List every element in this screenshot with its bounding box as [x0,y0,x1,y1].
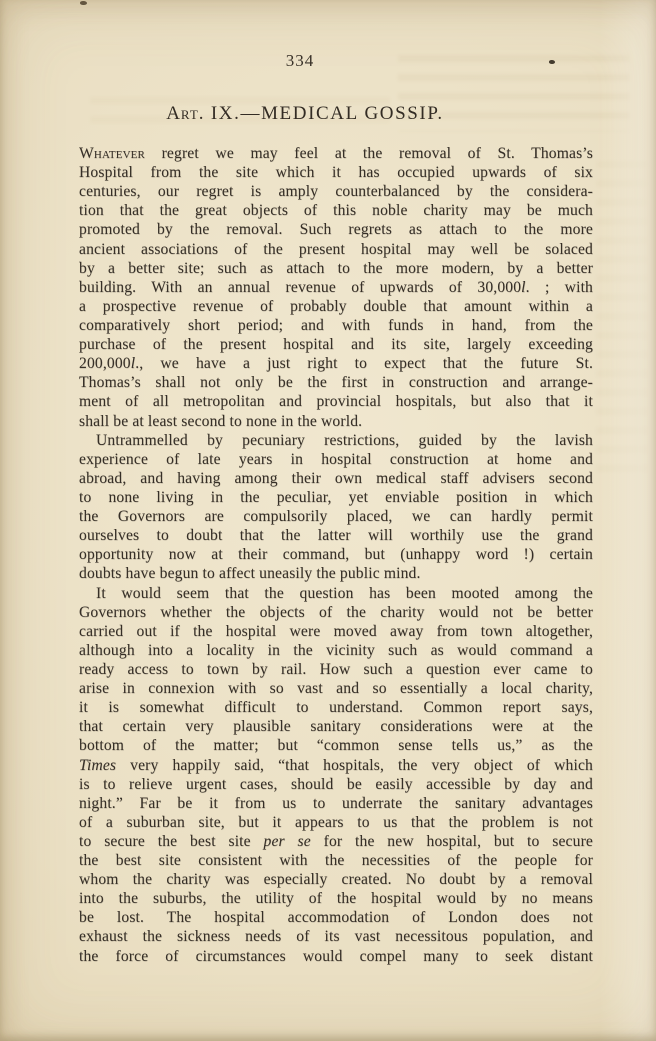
text-run: carried out if the hospital were moved a… [79,623,593,640]
text-line: the Governors are compulsorily placed, w… [79,507,593,526]
text-line: the best site consistent with the necess… [79,851,593,870]
text-line: abroad, and having among their own medic… [79,469,593,488]
text-run: exhaust the sickness needs of its vast n… [79,928,593,945]
text-run: ment of all metropolitan and provincial … [79,393,593,410]
text-run: the force of circumstances would compel … [79,948,593,965]
smallcaps-run: Whatever [79,145,145,162]
text-line: experience of late years in hospital con… [79,450,593,469]
text-run: ancient associations of the present hosp… [79,241,593,258]
text-line: It would seem that the question has been… [79,584,593,603]
text-line: although into a locality in the vicinity… [79,641,593,660]
page-showthrough [596,150,648,480]
text-run: night.” Far be it from us to underrate t… [79,795,593,812]
text-line: tion that the great objects of this nobl… [79,201,593,220]
text-line: promoted by the removal. Such regrets as… [79,220,593,239]
text-run: the Governors are compulsorily placed, w… [79,508,593,525]
text-line: be lost. The hospital accommodation of L… [79,908,593,927]
page-edge-highlight [600,0,656,1041]
text-run: to none living in the peculiar, yet envi… [79,489,593,506]
text-run: of a suburban site, but it appears to us… [79,814,593,831]
text-line: comparatively short period; and with fun… [79,316,593,335]
italic-run: Times [79,757,116,774]
text-run: ., we have a just right to expect that t… [135,355,593,372]
text-run: purchase of the present hospital and its… [79,336,593,353]
paragraph: Whatever regret we may feel at the remov… [79,144,593,431]
article-number-prefix: Art. [166,103,204,124]
text-run: ourselves to doubt that the latter will … [79,527,593,544]
text-line: ourselves to doubt that the latter will … [79,526,593,545]
text-run: by a better site; such as attach to the … [79,260,593,277]
text-line: is to relieve urgent cases, should be ea… [79,775,593,794]
text-run: although into a locality in the vicinity… [79,642,593,659]
text-run: whom the charity was especially created.… [79,871,593,888]
text-run: into the suburbs, the utility of the hos… [79,890,593,907]
text-line: exhaust the sickness needs of its vast n… [79,927,593,946]
text-line: Times very happily said, “that hospitals… [79,756,593,775]
article-body: Whatever regret we may feel at the remov… [79,144,593,966]
text-line: doubts have begun to affect uneasily the… [79,564,593,583]
text-run: building. With an annual revenue of upwa… [79,279,521,296]
text-run: doubts have begun to affect uneasily the… [79,565,421,582]
paragraph: Untrammelled by pecuniary restrictions, … [79,431,593,584]
text-line: opportunity now at their command, but (u… [79,545,593,564]
text-run: bottom of the matter; but “common sense … [79,737,593,754]
text-run: Governors whether the objects of the cha… [79,604,593,621]
text-line: Untrammelled by pecuniary restrictions, … [79,431,593,450]
text-line: carried out if the hospital were moved a… [79,622,593,641]
text-line: to none living in the peculiar, yet envi… [79,488,593,507]
scanned-book-page: 334 Art. IX.—MEDICAL GOSSIP. Whatever re… [0,0,656,1041]
text-run: arise in connexion with so vast and so e… [79,680,593,697]
text-line: the force of circumstances would compel … [79,947,593,966]
text-line: Thomas’s shall not only be the first in … [79,373,593,392]
text-run: ready access to town by rail. How such a… [79,661,593,678]
text-run: regret we may feel at the removal of St.… [145,145,593,162]
text-line: arise in connexion with so vast and so e… [79,679,593,698]
text-run: a prospective revenue of probably double… [79,298,593,315]
text-run: Thomas’s shall not only be the first in … [79,374,593,391]
text-line: whom the charity was especially created.… [79,870,593,889]
text-run: opportunity now at their command, but (u… [79,546,593,563]
text-run: to secure the best site [79,833,264,850]
text-run: 200,000 [79,355,131,372]
text-line: Hospital from the site which it has occu… [79,163,593,182]
text-run: experience of late years in hospital con… [79,451,593,468]
text-run: promoted by the removal. Such regrets as… [79,221,593,238]
text-line: Governors whether the objects of the cha… [79,603,593,622]
text-run: it is somewhat difficult to understand. … [79,699,593,716]
text-line: it is somewhat difficult to understand. … [79,698,593,717]
text-run: the best site consistent with the necess… [79,852,593,869]
article-title: Art. IX.—MEDICAL GOSSIP. [0,103,610,125]
text-run: that certain very plausible sanitary con… [79,718,593,735]
text-line: 200,000l., we have a just right to expec… [79,354,593,373]
text-line: into the suburbs, the utility of the hos… [79,889,593,908]
italic-run: per se [264,833,311,850]
ink-speck [80,1,87,5]
text-run: is to relieve urgent cases, should be ea… [79,776,593,793]
text-run: be lost. The hospital accommodation of L… [79,909,593,926]
text-line: ready access to town by rail. How such a… [79,660,593,679]
text-line: building. With an annual revenue of upwa… [79,278,593,297]
page-number: 334 [0,51,600,71]
text-line: that certain very plausible sanitary con… [79,717,593,736]
text-line: shall be at least second to none in the … [79,412,593,431]
text-line: ancient associations of the present hosp… [79,240,593,259]
text-line: Whatever regret we may feel at the remov… [79,144,593,163]
text-run: . ; with [526,279,593,296]
article-title-text: IX.—MEDICAL GOSSIP. [205,103,444,124]
text-run: abroad, and having among their own medic… [79,470,593,487]
text-run: very happily said, “that hospitals, the … [116,757,593,774]
text-run: It would seem that the question has been… [96,585,593,602]
text-run: centuries, our regret is amply counterba… [79,183,593,200]
text-run: comparatively short period; and with fun… [79,317,593,334]
paragraph: It would seem that the question has been… [79,584,593,966]
text-run: Hospital from the site which it has occu… [79,164,593,181]
text-run: for the new hospital, but to secure [311,833,593,850]
text-line: purchase of the present hospital and its… [79,335,593,354]
text-line: a prospective revenue of probably double… [79,297,593,316]
text-line: night.” Far be it from us to underrate t… [79,794,593,813]
text-line: ment of all metropolitan and provincial … [79,392,593,411]
text-line: by a better site; such as attach to the … [79,259,593,278]
text-line: centuries, our regret is amply counterba… [79,182,593,201]
text-run: tion that the great objects of this nobl… [79,202,593,219]
text-run: Untrammelled by pecuniary restrictions, … [96,432,593,449]
text-line: bottom of the matter; but “common sense … [79,736,593,755]
text-line: of a suburban site, but it appears to us… [79,813,593,832]
text-line: to secure the best site per se for the n… [79,832,593,851]
text-run: shall be at least second to none in the … [79,413,362,430]
